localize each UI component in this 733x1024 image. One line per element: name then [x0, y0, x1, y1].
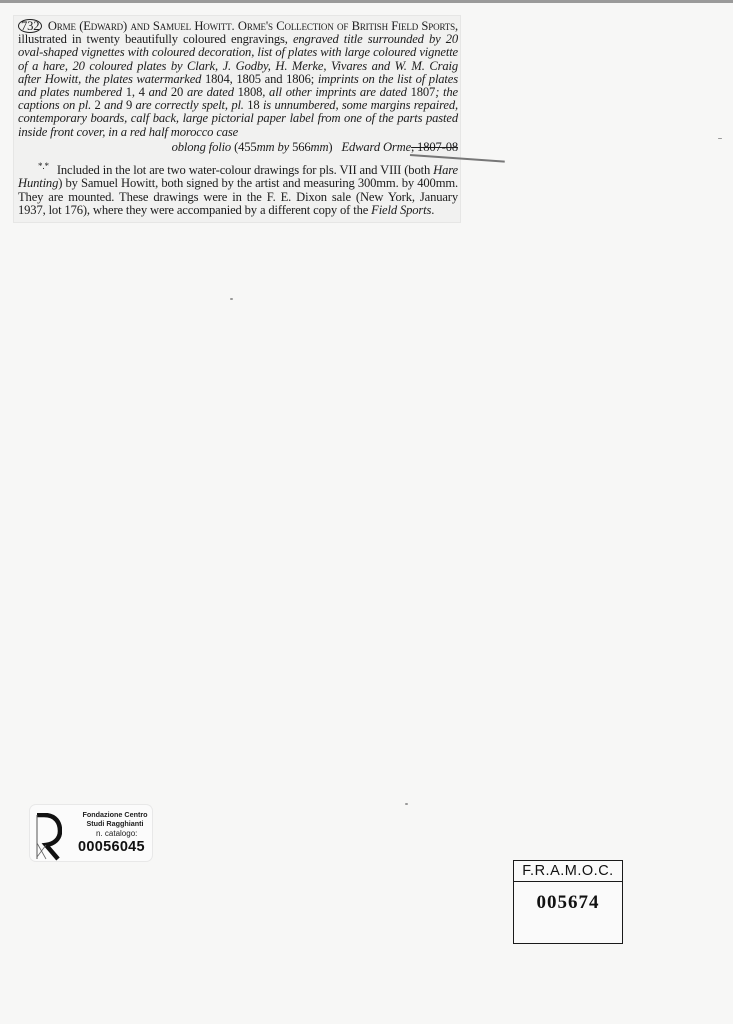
lot-note: *.*Included in the lot are two water-col… — [18, 160, 458, 217]
catalog-label: n. catalogo: — [96, 829, 137, 838]
note-asterisks: *.* — [38, 161, 49, 171]
description-text: are correctly spelt, pl. — [132, 98, 247, 112]
description-text: and — [101, 98, 126, 112]
ragghianti-r-logo-icon — [34, 813, 62, 861]
paper-speck — [230, 298, 233, 300]
plate-numbers: 1, 4 — [126, 85, 145, 99]
dimensions: ) — [328, 140, 332, 154]
book-title: Field Sports — [371, 203, 431, 217]
dimension-value: 566 — [292, 140, 310, 154]
publisher: Edward Orme — [341, 140, 411, 154]
stamp-header: F.R.A.M.O.C. — [514, 861, 622, 882]
watermark-years: 1804, 1805 and 1806 — [205, 72, 311, 86]
paper-speck — [405, 803, 408, 805]
year: 1808 — [238, 85, 263, 99]
framoc-stamp: F.R.A.M.O.C. 005674 — [513, 860, 623, 944]
description-text: and — [145, 85, 171, 99]
scan-top-edge — [0, 0, 733, 3]
format: oblong folio — [172, 140, 231, 154]
stamp-number: 005674 — [514, 892, 622, 914]
format-line: oblong folio (455mm by 566mm) Edward Orm… — [18, 141, 458, 154]
archive-catalogue-label: Fondazione Centro Studi Ragghianti n. ca… — [30, 805, 152, 861]
year: 1807 — [411, 85, 436, 99]
separator: ; — [311, 72, 318, 86]
plate-number: 20 — [171, 85, 183, 99]
dimension-value: 455 — [238, 140, 256, 154]
catalogue-entry: 732 Orme (Edward) and Samuel Howitt. Orm… — [18, 19, 458, 217]
plate-number: 18 — [247, 98, 259, 112]
dimension-unit: mm by — [257, 140, 292, 154]
catalog-number: 00056045 — [78, 839, 145, 855]
lot-heading: Orme (Edward) and Samuel Howitt. Orme's … — [48, 19, 455, 33]
description-text: are dated — [183, 85, 238, 99]
description-text: , all other imprints are dated — [262, 85, 410, 99]
note-text: Included in the lot are two water-colour… — [57, 163, 433, 177]
lot-description: 732 Orme (Edward) and Samuel Howitt. Orm… — [18, 19, 458, 139]
dimension-unit: mm — [311, 140, 329, 154]
lot-number-circled: 732 — [18, 19, 42, 33]
struck-date: , 1807-08 — [411, 140, 458, 154]
note-text: . — [431, 203, 434, 217]
paper-speck — [718, 138, 722, 139]
organization-name: Fondazione Centro Studi Ragghianti — [76, 810, 154, 828]
